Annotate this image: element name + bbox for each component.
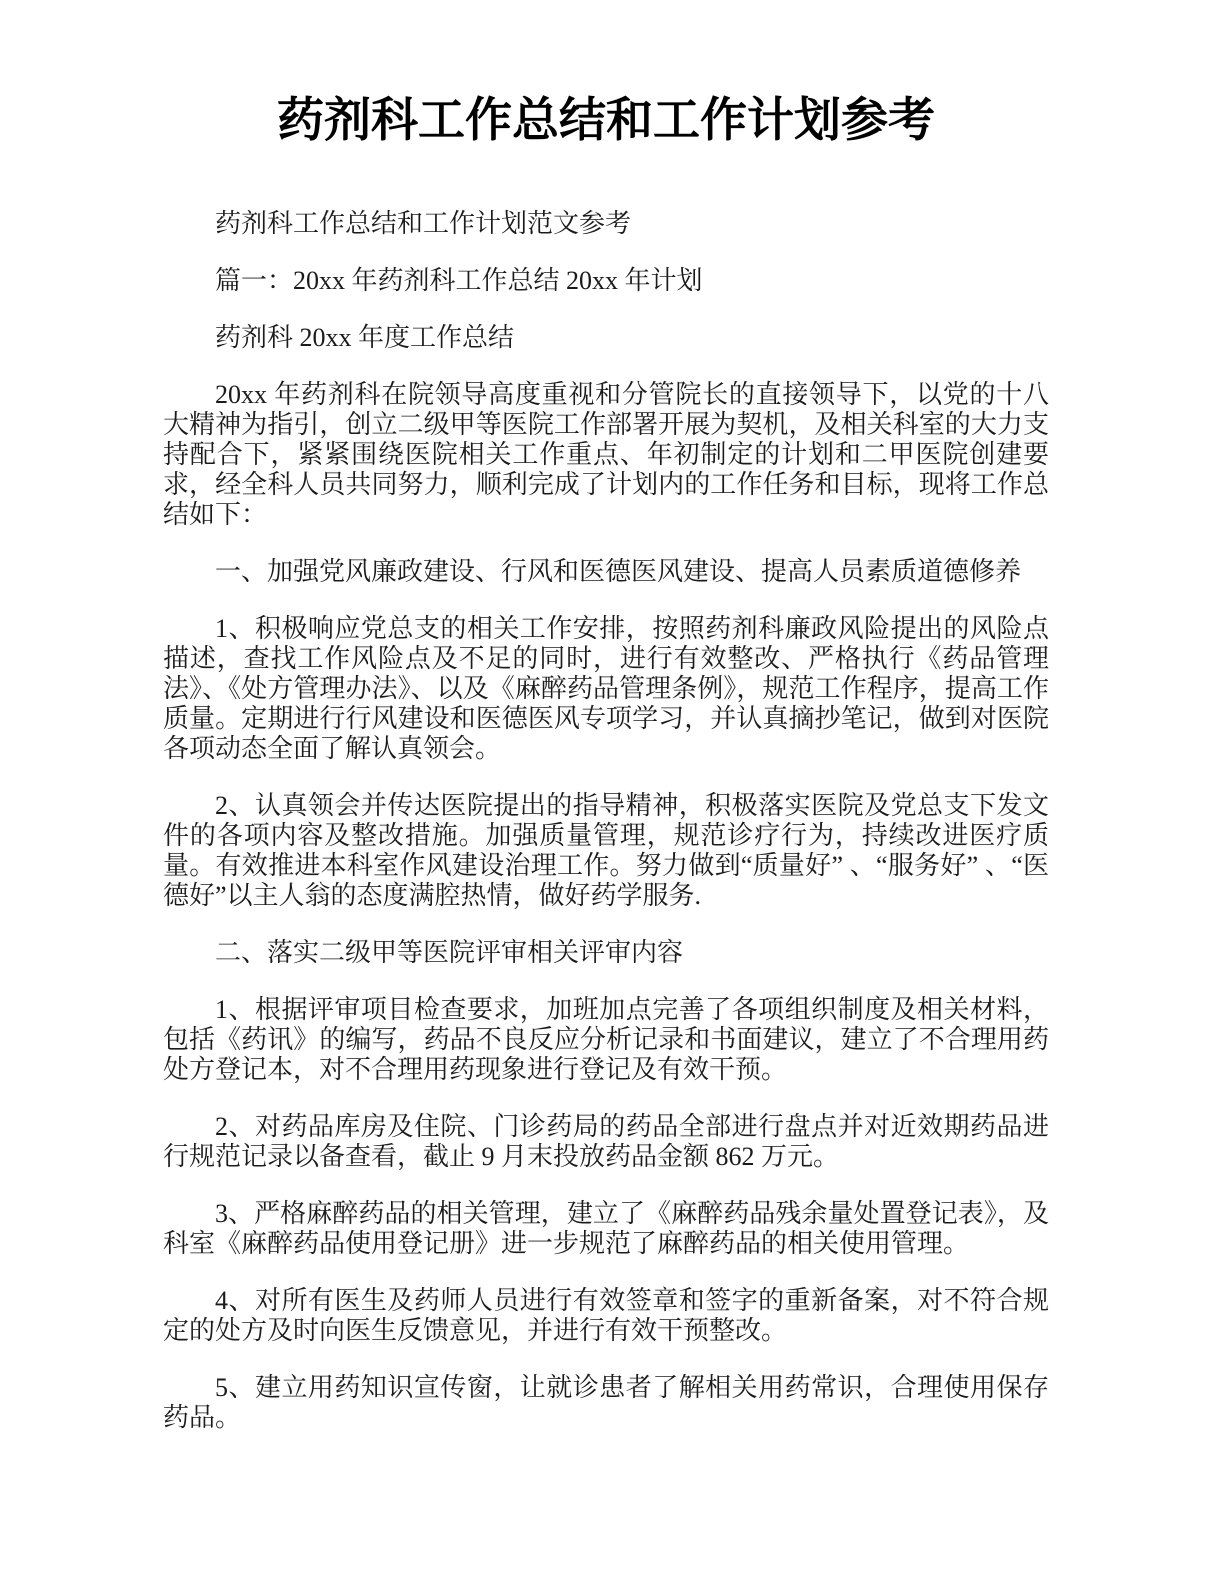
document-body: 药剂科工作总结和工作计划范文参考篇一：20xx 年药剂科工作总结 20xx 年计… (163, 209, 1049, 1433)
paragraph: 篇一：20xx 年药剂科工作总结 20xx 年计划 (163, 266, 1049, 296)
document-page: 药剂科工作总结和工作计划参考 药剂科工作总结和工作计划范文参考篇一：20xx 年… (0, 0, 1224, 1584)
paragraph: 药剂科工作总结和工作计划范文参考 (163, 209, 1049, 239)
paragraph: 4、对所有医生及药师人员进行有效签章和签字的重新备案，对不符合规定的处方及时向医… (163, 1286, 1049, 1346)
paragraph: 一、加强党风廉政建设、行风和医德医风建设、提高人员素质道德修养 (163, 557, 1049, 587)
paragraph: 1、积极响应党总支的相关工作安排，按照药剂科廉政风险提出的风险点描述，查找工作风… (163, 614, 1049, 764)
paragraph: 药剂科 20xx 年度工作总结 (163, 323, 1049, 353)
paragraph: 2、认真领会并传达医院提出的指导精神，积极落实医院及党总支下发文件的各项内容及整… (163, 791, 1049, 911)
paragraph: 2、对药品库房及住院、门诊药局的药品全部进行盘点并对近效期药品进行规范记录以备查… (163, 1112, 1049, 1172)
paragraph: 5、建立用药知识宣传窗，让就诊患者了解相关用药常识，合理使用保存药品。 (163, 1373, 1049, 1433)
paragraph: 20xx 年药剂科在院领导高度重视和分管院长的直接领导下，以党的十八大精神为指引… (163, 380, 1049, 530)
paragraph: 1、根据评审项目检查要求，加班加点完善了各项组织制度及相关材料，包括《药讯》的编… (163, 995, 1049, 1085)
document-title: 药剂科工作总结和工作计划参考 (163, 88, 1049, 154)
paragraph: 二、落实二级甲等医院评审相关评审内容 (163, 938, 1049, 968)
paragraph: 3、严格麻醉药品的相关管理，建立了《麻醉药品残余量处置登记表》，及科室《麻醉药品… (163, 1199, 1049, 1259)
